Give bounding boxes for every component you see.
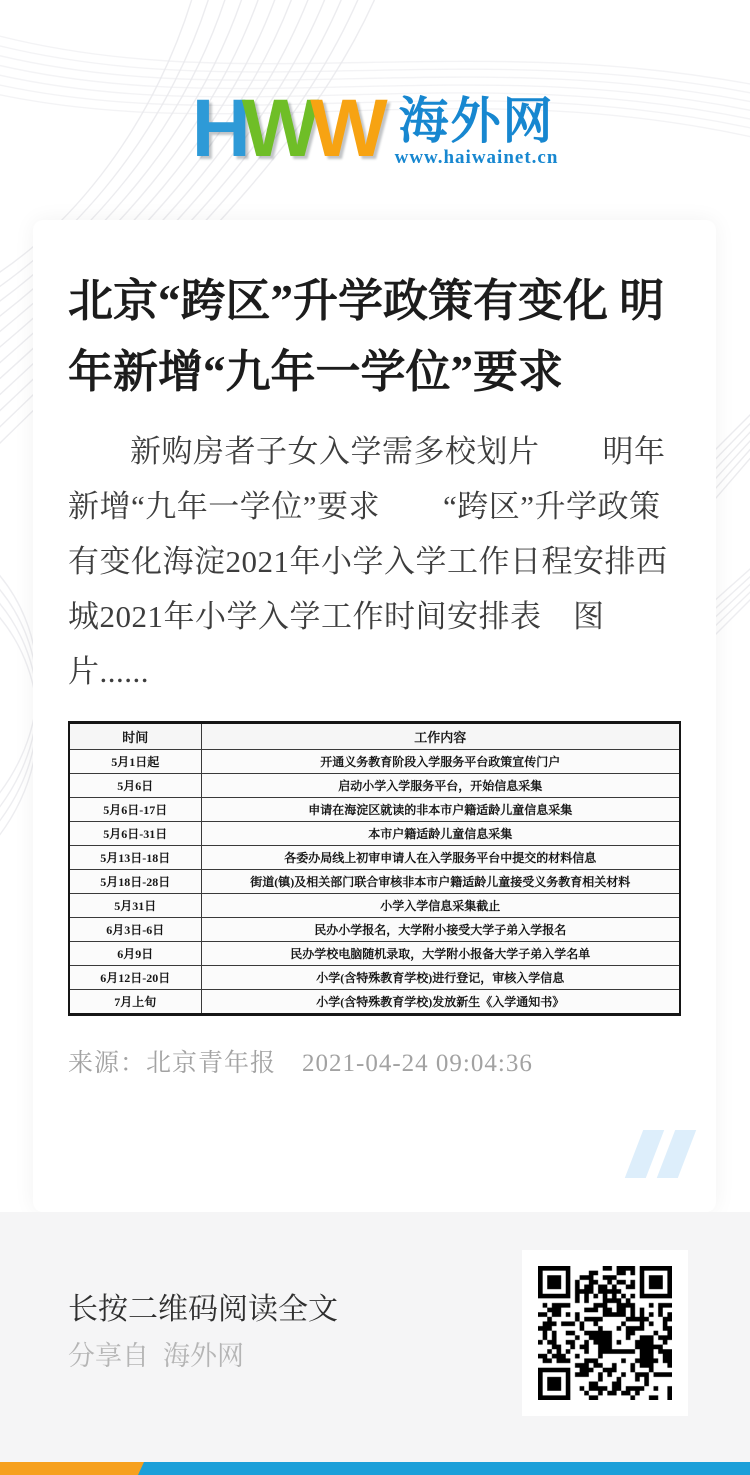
- table-row: 5月13日-18日各委办局线上初审申请人在入学服务平台中提交的材料信息: [69, 846, 680, 870]
- schedule-table: 时间 工作内容 5月1日起开通义务教育阶段入学服务平台政策宣传门户 5月6日启动…: [68, 721, 681, 1016]
- publish-time: 2021-04-24 09:04:36: [302, 1050, 533, 1077]
- table-row: 5月6日-17日申请在海淀区就读的非本市户籍适龄儿童信息采集: [69, 798, 680, 822]
- site-logo: H W W 海外网 www.haiwainet.cn: [0, 96, 750, 169]
- table-row: 5月1日起开通义务教育阶段入学服务平台政策宣传门户: [69, 750, 680, 774]
- article-summary: 新购房者子女入学需多校划片 明年新增“九年一学位”要求 “跨区”升学政策有变化海…: [68, 424, 681, 699]
- hww-logo-icon: H W W: [192, 96, 379, 162]
- share-footer: 长按二维码阅读全文 分享自海外网: [0, 1212, 750, 1475]
- schedule-table-image: 时间 工作内容 5月1日起开通义务教育阶段入学服务平台政策宣传门户 5月6日启动…: [68, 721, 681, 1016]
- share-source: 海外网: [163, 1341, 244, 1371]
- table-row: 6月3日-6日民办小学报名，大学附小接受大学子弟入学报名: [69, 918, 680, 942]
- qr-code[interactable]: [522, 1250, 688, 1416]
- table-row: 5月6日启动小学入学服务平台，开始信息采集: [69, 774, 680, 798]
- logo-wordmark: 海外网 www.haiwainet.cn: [395, 98, 559, 169]
- table-row: 5月31日小学入学信息采集截止: [69, 894, 680, 918]
- table-row: 6月12日-20日小学(含特殊教育学校)进行登记，审核入学信息: [69, 966, 680, 990]
- share-from-line: 分享自海外网: [68, 1336, 244, 1376]
- share-prefix: 分享自: [68, 1341, 149, 1371]
- table-row: 5月6日-31日本市户籍适龄儿童信息采集: [69, 822, 680, 846]
- qr-code-image[interactable]: [538, 1266, 672, 1400]
- site-name: 海外网: [399, 98, 555, 144]
- site-url: www.haiwainet.cn: [395, 147, 559, 169]
- source-line: 来源：北京青年报2021-04-24 09:04:36: [68, 1046, 681, 1082]
- logo-letter-w1: W: [242, 96, 310, 162]
- table-header-row: 时间 工作内容: [69, 723, 680, 750]
- quote-slashes-icon: [634, 1130, 687, 1178]
- logo-letter-w2: W: [310, 96, 378, 162]
- table-row: 5月18日-28日街道(镇)及相关部门联合审核非本市户籍适龄儿童接受义务教育相关…: [69, 870, 680, 894]
- col-header-content: 工作内容: [201, 723, 680, 750]
- footer-stripe: [0, 1462, 750, 1475]
- table-row: 6月9日民办学校电脑随机录取，大学附小报备大学子弟入学名单: [69, 942, 680, 966]
- table-row: 7月上旬小学(含特殊教育学校)发放新生《入学通知书》: [69, 990, 680, 1015]
- article-card: 北京“跨区”升学政策有变化 明年新增“九年一学位”要求 新购房者子女入学需多校划…: [33, 220, 716, 1212]
- logo-letter-h: H: [192, 96, 242, 162]
- article-title: 北京“跨区”升学政策有变化 明年新增“九年一学位”要求: [68, 266, 681, 408]
- source-name: 北京青年报: [146, 1050, 276, 1077]
- col-header-time: 时间: [69, 723, 201, 750]
- source-label: 来源：: [68, 1050, 146, 1077]
- qr-cta-text: 长按二维码阅读全文: [68, 1288, 338, 1332]
